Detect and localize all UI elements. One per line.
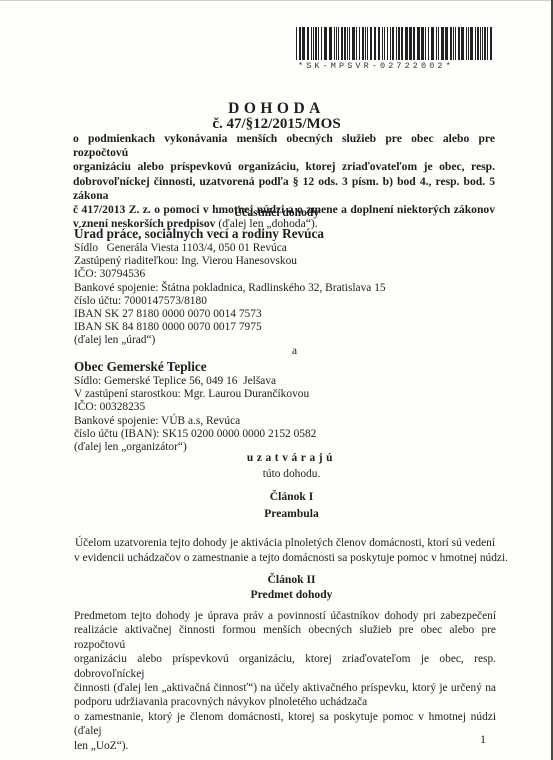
conclude-verb: uzatvárajú xyxy=(0,452,553,464)
article-2-line: o zamestnanie, ktorý je členom domácnost… xyxy=(74,710,496,739)
party-municipality-ico: IČO: 00328235 xyxy=(74,401,316,414)
article-2-title: Predmet dohody xyxy=(0,588,553,601)
party-office-representative: Zastúpený riaditeľkou: Ing. Vierou Hanes… xyxy=(74,255,386,268)
article-2-number: Článok II xyxy=(0,573,553,586)
party-office-iban-2: IBAN SK 84 8180 0000 0070 0017 7975 xyxy=(74,321,386,334)
participants-heading: Účastníci dohody xyxy=(0,206,553,219)
party-office-account: číslo účtu: 7000147573/8180 xyxy=(74,295,386,308)
party-office-name: Úrad práce, sociálnych vecí a rodiny Rev… xyxy=(74,226,386,242)
article-2-line: len „UoZ“). xyxy=(74,739,496,753)
article-1-line: v evidencii uchádzačov o zamestnanie a t… xyxy=(74,551,496,566)
page-number: 1 xyxy=(480,732,486,747)
subject-line: o podmienkach vykonávania menších obecný… xyxy=(73,132,495,160)
party-municipality: Obec Gemerské Teplice Sídlo: Gemerské Te… xyxy=(74,359,316,454)
article-1-text: Účelom uzatvorenia tejto dohody je aktiv… xyxy=(74,536,496,565)
document-number: č. 47/§12/2015/MOS xyxy=(0,116,553,133)
article-2-line: podporu udržiavania pracovných návykov p… xyxy=(74,695,496,709)
page-top-edge xyxy=(0,0,553,1)
article-2-line: organizáciu alebo príspevkovú organizáci… xyxy=(74,652,496,681)
party-municipality-representative: V zastúpení starostkou: Mgr. Laurou Dura… xyxy=(74,388,316,401)
party-office-iban-1: IBAN SK 27 8180 0000 0070 0014 7573 xyxy=(74,308,386,321)
barcode-text: *SK-MPSVR-02722002* xyxy=(296,61,496,71)
party-municipality-name: Obec Gemerské Teplice xyxy=(74,359,316,375)
conclude-object: túto dohodu. xyxy=(0,468,553,480)
article-1-title: Preambula xyxy=(0,507,553,520)
party-municipality-bank: Bankové spojenie: VÚB a.s, Revúca xyxy=(74,415,316,428)
subject-line: organizáciu alebo príspevkovú organizáci… xyxy=(73,160,495,174)
article-1-line: Účelom uzatvorenia tejto dohody je aktiv… xyxy=(74,536,496,551)
party-municipality-account: číslo účtu (IBAN): SK15 0200 0000 0000 2… xyxy=(74,428,316,441)
party-office-ico: IČO: 30794536 xyxy=(74,268,386,281)
article-2-line: činnosti (ďalej len „aktivačná činnosť“)… xyxy=(74,681,496,695)
article-2-line: realizácie aktivačnej činnosti formou me… xyxy=(74,623,496,652)
article-2-line: Predmetom tejto dohody je úprava práv a … xyxy=(74,609,496,623)
barcode: *SK-MPSVR-02722002* xyxy=(296,27,496,71)
article-2-text: Predmetom tejto dohody je úprava práv a … xyxy=(74,609,496,753)
party-municipality-seat: Sídlo: Gemerské Teplice 56, 049 16 Jelša… xyxy=(74,375,316,388)
party-office-bank: Bankové spojenie: Štátna pokladnica, Rad… xyxy=(74,282,386,295)
party-office: Úrad práce, sociálnych vecí a rodiny Rev… xyxy=(74,226,386,348)
party-office-seat: Sídlo Generála Viesta 1103/4, 050 01 Rev… xyxy=(74,242,386,255)
conjunction: a xyxy=(0,345,553,357)
barcode-bars xyxy=(296,27,496,60)
subject-line: dobrovoľníckej činnosti, uzatvorená podľ… xyxy=(73,175,495,203)
article-1-number: Článok I xyxy=(0,490,553,503)
